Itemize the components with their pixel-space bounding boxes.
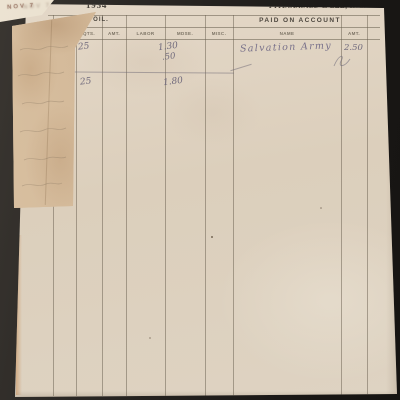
- entry-qty: 25: [79, 76, 92, 87]
- paper-speck: [320, 207, 322, 209]
- company-name: FITZGERALD & LEE, INC.: [269, 1, 366, 10]
- column-header-mdse: MDSE.: [165, 31, 205, 36]
- paper-edge-tint: [16, 235, 22, 395]
- header-rule: [48, 15, 380, 16]
- handwritten-flourish: [331, 52, 353, 70]
- column-header-labor: LABOR: [126, 31, 165, 36]
- column-rule: [341, 15, 342, 396]
- header-rule: [48, 27, 380, 28]
- column-header-name: NAME: [233, 31, 341, 36]
- paper-speck: [211, 236, 213, 238]
- column-header-amt-2: AMT.: [341, 31, 367, 36]
- scanned-ledger-page: 1934 FITZGERALD & LEE, INC. OIL. PAID ON…: [0, 0, 400, 400]
- entry-mdse-2: .50: [161, 51, 176, 63]
- column-header-amt: AMT.: [102, 31, 126, 36]
- faint-pencil-scribbles: [12, 28, 82, 203]
- section-header-paid-on-account: PAID ON ACCOUNT: [235, 17, 365, 24]
- entry-qty: 25: [77, 41, 90, 52]
- column-rule: [367, 15, 368, 396]
- column-header-misc: MISC.: [205, 31, 233, 36]
- paper-speck: [149, 337, 151, 339]
